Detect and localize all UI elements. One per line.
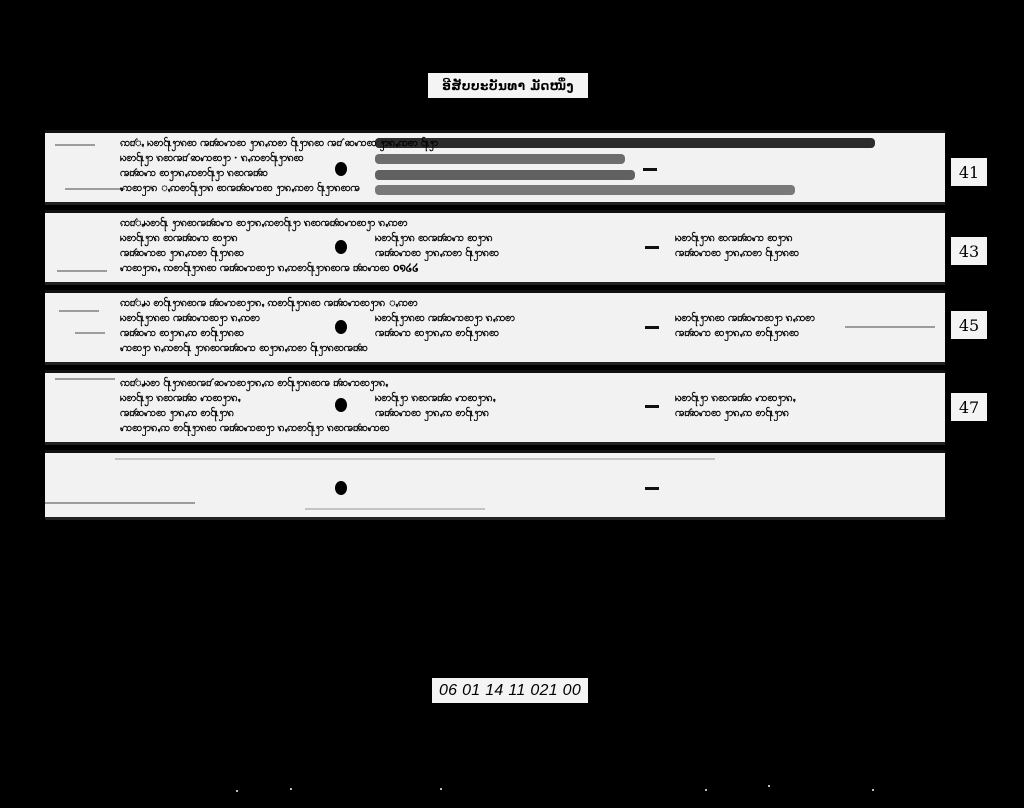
scan-speck: [705, 789, 707, 791]
scan-speck: [290, 788, 292, 790]
margin-mark-icon: [645, 405, 659, 408]
text-line: ꩠ꩸ꩣꩲ ꩧꩭꩫꩻꩡ ꩦ꩷ꩭꩫꩧ: [375, 326, 625, 341]
margin-mark-icon: [645, 246, 659, 249]
text-line: ꩢꩦ꩷ꩭ ꩫꩧꩠ꩸ꩣ ꩲꩧꩭꩫꩻ: [675, 391, 885, 406]
leaf-text-right: ꩢꩦ꩷ꩭꩫꩧ ꩠ꩸ꩣꩲꩧꩭ ꩫꩻꩡꩦ ꩠ꩸ꩣꩲ ꩧꩭꩫꩻꩡ ꩦ꩷ꩭꩫꩧ: [675, 311, 875, 341]
text-line: ꩢꩦ꩷ꩭ ꩫꩧꩠ꩸ ꩣꩲꩧꩭ · ꩫꩻꩡꩦ꩷ꩭꩫꩧ: [120, 151, 945, 166]
reference-id-label: 06 01 14 11 021 00: [432, 678, 588, 703]
string-hole-icon: [335, 240, 347, 254]
leaf-text-middle: ꩢꩦ꩷ꩭꩫꩧ ꩠ꩸ꩣꩲꩧꩭ ꩫꩻꩡꩦ ꩠ꩸ꩣꩲ ꩧꩭꩫꩻꩡ ꩦ꩷ꩭꩫꩧ: [375, 311, 625, 341]
text-line: ꩢꩦ꩷ꩭꩫꩧ ꩠ꩸ꩣꩲꩧꩭ ꩫꩻꩡꩦ: [675, 311, 875, 326]
text-line: ꩲꩧꩭꩫꩻꩡ ꩦ꩷ꩭꩫꩧ ꩠ꩸ꩣꩲꩧꩭ ꩫꩻꩡꩦ꩷ꩭ ꩫꩧꩠ꩸ꩣꩲꩧ: [120, 421, 945, 436]
leaf-texture-streak: [57, 270, 107, 272]
text-line: ꩡ꩸ꩻꩢ ꩦ꩷ꩭꩫꩧꩠ ꩸ꩣꩲꩧꩭꩫꩻ ꩡꩦ꩷ꩭꩫꩧ ꩠ꩸ꩣꩲꩧꩭꩫ ꩻꩡꩦ: [120, 296, 945, 311]
string-hole-icon: [335, 162, 347, 176]
leaf-texture-streak: [65, 188, 125, 190]
text-line: ꩡ꩸ꩻꩢꩦ꩷ ꩭꩫꩧꩠ꩸ꩣꩲ ꩧꩭꩫꩻꩡꩦ꩷ꩭ ꩫꩧꩠ꩸ꩣꩲꩧꩭ ꩫꩻꩡꩦ: [120, 216, 945, 231]
palm-leaf-5-blank: [45, 450, 945, 520]
text-line: ꩲꩧꩭꩫ ꩻꩡꩦ꩷ꩭꩫ ꩧꩠ꩸ꩣꩲꩧ ꩭꩫꩻꩡꩦ ꩷ꩭꩫꩧꩠ: [120, 181, 945, 196]
text-line: ꩢꩦ꩷ꩭꩫ ꩧꩠ꩸ꩣꩲ ꩧꩭꩫ: [675, 231, 875, 246]
scan-speck: [440, 788, 442, 790]
leaf-text-left: ꩡ꩸ꩻ ꩢꩦ꩷ꩭꩫꩧ ꩠ꩸ꩣꩲꩧ ꩭꩫꩻꩡꩦ ꩷ꩭꩫꩧ ꩠ꩸ ꩣꩲꩧ ꩭꩫꩻꩡꩦ…: [120, 136, 945, 196]
text-line: ꩲꩧꩭ ꩫꩻꩡꩦ꩷ ꩭꩫꩧꩠ꩸ꩣꩲ ꩧꩭꩫꩻꩡꩦ ꩷ꩭꩫꩧꩠ꩸ꩣ: [120, 341, 945, 356]
text-line: ꩲꩧꩭꩫꩻ ꩡꩦ꩷ꩭꩫꩧ ꩠ꩸ꩣꩲꩧꩭ ꩫꩻꩡꩦ꩷ꩭꩫꩧꩠ ꩸ꩣꩲꩧ ໐໑໒໒: [120, 261, 945, 276]
margin-mark-icon: [643, 168, 657, 171]
folio-number-label: 47: [951, 393, 987, 421]
leaf-text-middle: ꩢꩦ꩷ꩭ ꩫꩧꩠ꩸ꩣ ꩲꩧꩭꩫꩻ ꩠ꩸ꩣꩲꩧ ꩭꩫꩻꩡ ꩦ꩷ꩭꩫ: [375, 391, 625, 421]
scan-speck: [236, 790, 238, 792]
text-line: ꩡ꩸ꩻꩢꩦ ꩷ꩭꩫꩧꩠ꩸ ꩣꩲꩧꩭꩫꩻꩡ ꩦ꩷ꩭꩫꩧꩠ ꩸ꩣꩲꩧꩭꩫꩻ: [120, 376, 945, 391]
text-line: ꩢꩦ꩷ꩭꩫꩧ ꩠ꩸ꩣꩲꩧꩭ ꩫꩻꩡꩦ: [375, 311, 625, 326]
text-line: ꩡ꩸ꩻ ꩢꩦ꩷ꩭꩫꩧ ꩠ꩸ꩣꩲꩧ ꩭꩫꩻꩡꩦ ꩷ꩭꩫꩧ ꩠ꩸ ꩣꩲꩧ ꩭꩫꩻꩡꩦ…: [120, 136, 945, 151]
palm-leaf-2: ꩡ꩸ꩻꩢꩦ꩷ ꩭꩫꩧꩠ꩸ꩣꩲ ꩧꩭꩫꩻꩡꩦ꩷ꩭ ꩫꩧꩠ꩸ꩣꩲꩧꩭ ꩫꩻꩡꩦ ꩢꩦ…: [45, 210, 945, 285]
text-line: ꩠ꩸ꩣꩲꩧ ꩭꩫꩻꩡ ꩦ꩷ꩭꩫ: [375, 406, 625, 421]
leaf-texture-streak: [59, 310, 99, 312]
margin-mark-icon: [645, 326, 659, 329]
leaf-texture-streak: [305, 508, 485, 510]
leaf-texture-streak: [45, 502, 195, 504]
text-line: ꩠ꩸ꩣꩲꩧ ꩭꩫꩻꩡꩦ ꩷ꩭꩫꩧ: [675, 246, 875, 261]
scan-speck: [872, 789, 874, 791]
leaf-texture-streak: [75, 332, 105, 334]
leaf-texture-streak: [55, 144, 95, 146]
folio-number-label: 45: [951, 311, 987, 339]
leaf-text-right: ꩢꩦ꩷ꩭꩫ ꩧꩠ꩸ꩣꩲ ꩧꩭꩫ ꩠ꩸ꩣꩲꩧ ꩭꩫꩻꩡꩦ ꩷ꩭꩫꩧ: [675, 231, 875, 261]
string-hole-icon: [335, 320, 347, 334]
text-line: ꩢꩦ꩷ꩭꩫ ꩧꩠ꩸ꩣꩲ ꩧꩭꩫ: [375, 231, 655, 246]
text-line: ꩠ꩸ꩣꩲ ꩧꩭꩫꩻꩡꩦ꩷ꩭ ꩫꩧꩠ꩸ꩣ: [120, 166, 945, 181]
leaf-texture-streak: [55, 378, 115, 380]
text-line: ꩠ꩸ꩣꩲ ꩧꩭꩫꩻꩡ ꩦ꩷ꩭꩫꩧ: [675, 326, 875, 341]
palm-leaf-1: ꩡ꩸ꩻ ꩢꩦ꩷ꩭꩫꩧ ꩠ꩸ꩣꩲꩧ ꩭꩫꩻꩡꩦ ꩷ꩭꩫꩧ ꩠ꩸ ꩣꩲꩧ ꩭꩫꩻꩡꩦ…: [45, 130, 945, 205]
folio-number-label: 43: [951, 237, 987, 265]
string-hole-icon: [335, 398, 347, 412]
folio-number-label: 41: [951, 158, 987, 186]
string-hole-icon: [335, 481, 347, 495]
leaf-text-middle: ꩢꩦ꩷ꩭꩫ ꩧꩠ꩸ꩣꩲ ꩧꩭꩫ ꩠ꩸ꩣꩲꩧ ꩭꩫꩻꩡꩦ ꩷ꩭꩫꩧ: [375, 231, 655, 261]
text-line: ꩢꩦ꩷ꩭ ꩫꩧꩠ꩸ꩣ ꩲꩧꩭꩫꩻ: [375, 391, 625, 406]
palm-leaf-3: ꩡ꩸ꩻꩢ ꩦ꩷ꩭꩫꩧꩠ ꩸ꩣꩲꩧꩭꩫꩻ ꩡꩦ꩷ꩭꩫꩧ ꩠ꩸ꩣꩲꩧꩭꩫ ꩻꩡꩦ ꩢ…: [45, 290, 945, 365]
text-line: ꩠ꩸ꩣꩲꩧ ꩭꩫꩻꩡꩦ ꩷ꩭꩫꩧ: [375, 246, 655, 261]
leaf-text-right: ꩢꩦ꩷ꩭ ꩫꩧꩠ꩸ꩣ ꩲꩧꩭꩫꩻ ꩠ꩸ꩣꩲꩧ ꩭꩫꩻꩡ ꩦ꩷ꩭꩫ: [675, 391, 885, 421]
leaf-texture-streak: [115, 458, 715, 460]
text-line: ꩠ꩸ꩣꩲꩧ ꩭꩫꩻꩡ ꩦ꩷ꩭꩫ: [675, 406, 885, 421]
scan-speck: [768, 785, 770, 787]
palm-leaf-4: ꩡ꩸ꩻꩢꩦ ꩷ꩭꩫꩧꩠ꩸ ꩣꩲꩧꩭꩫꩻꩡ ꩦ꩷ꩭꩫꩧꩠ ꩸ꩣꩲꩧꩭꩫꩻ ꩢꩦ꩷ꩭ…: [45, 370, 945, 445]
margin-mark-icon: [645, 487, 659, 490]
title-label: ອີສັບບະບັນທາ ມັດໜຶ່ງ: [428, 73, 588, 98]
